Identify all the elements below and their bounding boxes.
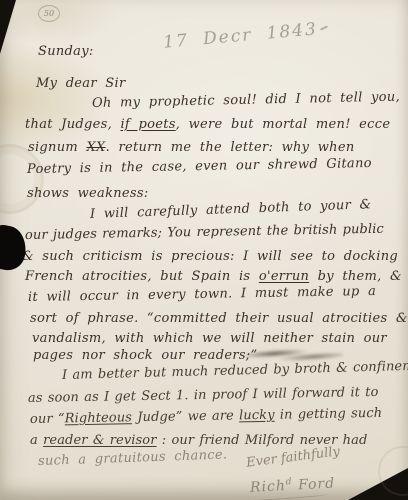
text-segment: vandalism, with which we will neither st… bbox=[32, 331, 387, 346]
text-segment: French atrocities, but Spain is bbox=[25, 269, 259, 284]
text-segment: , were but mortal men! ecce bbox=[176, 117, 391, 132]
letter-line: that Judges, if poets, were but mortal m… bbox=[25, 117, 390, 132]
text-segment: Righteous bbox=[65, 410, 133, 426]
text-segment: Rich bbox=[250, 478, 287, 496]
letter-line: signum XX. return me the letter: why whe… bbox=[28, 140, 355, 155]
letter-line: pages nor shock our readers;” bbox=[33, 348, 257, 363]
text-segment: shows weakness: bbox=[27, 186, 149, 201]
letter-line: sort of phrase. “committed their usual a… bbox=[30, 311, 408, 326]
text-segment: pages nor shock our readers;” bbox=[33, 348, 257, 363]
text-segment: Sunday: bbox=[38, 44, 94, 59]
text-segment: reader & revisor bbox=[43, 433, 156, 448]
letter-line: French atrocities, but Spain is o'errun … bbox=[25, 269, 402, 284]
letter-scan-photo: 50 17 Decr 1843 Sunday: My dear Sir Oh m… bbox=[0, 0, 408, 500]
text-segment: . return me the letter: why when bbox=[106, 140, 355, 155]
text-segment: in getting such bbox=[275, 406, 383, 423]
text-segment: that Judges, bbox=[25, 117, 120, 132]
text-segment: lucky bbox=[239, 408, 275, 424]
catalog-number-stamp: 50 bbox=[38, 5, 60, 22]
letter-line: vandalism, with which we will neither st… bbox=[32, 331, 387, 346]
letter-line: shows weakness: bbox=[27, 186, 149, 201]
text-segment: XX bbox=[86, 140, 105, 155]
salutation-line: My dear Sir bbox=[36, 76, 125, 91]
text-segment: if poets bbox=[120, 117, 175, 132]
text-segment: & such criticism is precious: I will see… bbox=[22, 249, 398, 264]
text-segment: by them, & bbox=[309, 269, 402, 284]
text-segment: signum bbox=[28, 140, 86, 155]
text-segment: My dear Sir bbox=[36, 76, 125, 91]
text-segment: Judge” we are bbox=[132, 408, 239, 425]
text-segment: o'errun bbox=[259, 269, 309, 284]
text-segment: sort of phrase. “committed their usual a… bbox=[30, 311, 408, 326]
letter-line: & such criticism is precious: I will see… bbox=[22, 249, 398, 264]
text-segment: a bbox=[30, 433, 43, 448]
text-segment: Ford bbox=[292, 475, 335, 493]
text-segment: our “ bbox=[30, 411, 65, 427]
letter-line: a reader & revisor : our friend Milford … bbox=[30, 433, 367, 448]
day-line: Sunday: bbox=[38, 44, 94, 59]
